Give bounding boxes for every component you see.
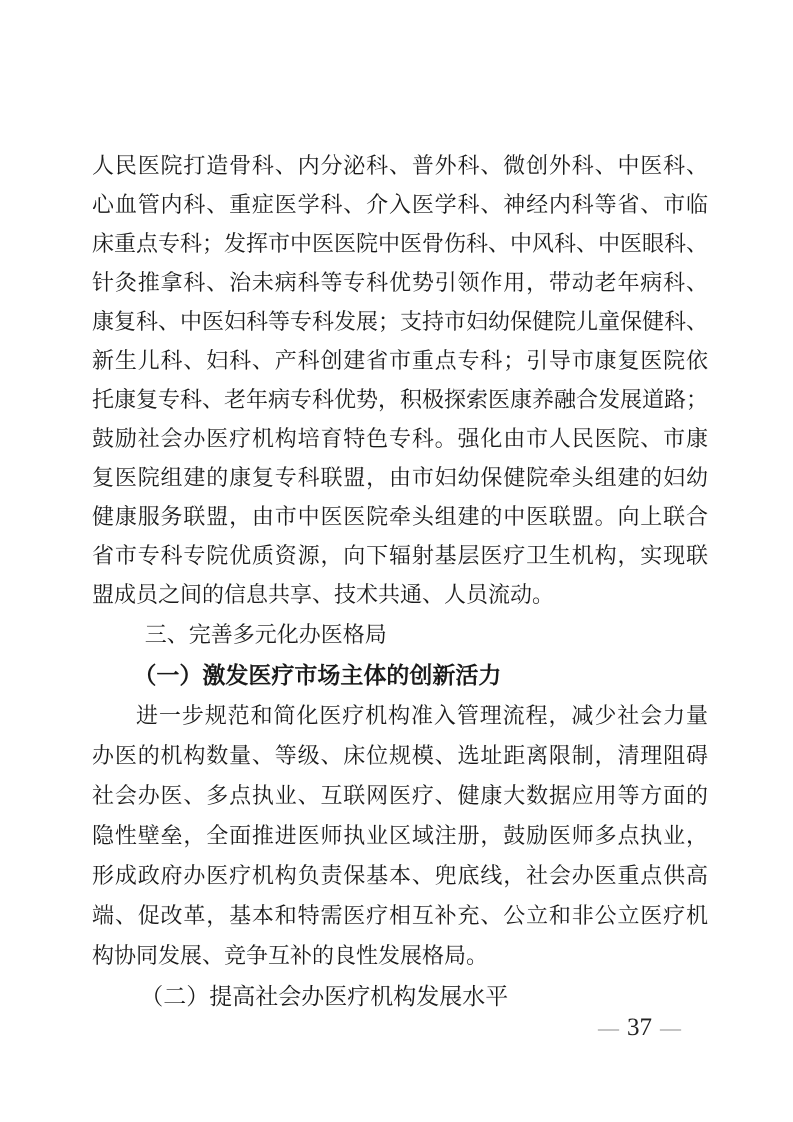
text-line: 隐性壁垒，全面推进医师执业区域注册，鼓励医师多点执业， xyxy=(92,816,708,856)
section-heading-three: 三、完善多元化办医格局 xyxy=(92,614,708,655)
text-line: 盟成员之间的信息共享、技术共通、人员流动。 xyxy=(92,575,708,614)
text-line: 针灸推拿科、治未病科等专科优势引领作用，带动老年病科、 xyxy=(92,263,708,302)
text-line: 端、促改革，基本和特需医疗相互补充、公立和非公立医疗机 xyxy=(92,896,708,936)
text-line: 健康服务联盟，由市中医医院牵头组建的中医联盟。向上联合 xyxy=(92,497,708,536)
text-line: 新生儿科、妇科、产科创建省市重点专科；引导市康复医院依 xyxy=(92,341,708,380)
text-line: 办医的机构数量、等级、床位规模、选址距离限制，清理阻碍 xyxy=(92,736,708,776)
text-line: 人民医院打造骨科、内分泌科、普外科、微创外科、中医科、 xyxy=(92,146,708,185)
paragraph-market-vitality: 进一步规范和简化医疗机构准入管理流程，减少社会力量办医的机构数量、等级、床位规模… xyxy=(92,696,708,976)
text-line: 省市专科专院优质资源，向下辐射基层医疗卫生机构，实现联 xyxy=(92,536,708,575)
text-line: 托康复专科、老年病专科优势，积极探索医康养融合发展道路； xyxy=(92,380,708,419)
paragraph-specialty-alliances: 人民医院打造骨科、内分泌科、普外科、微创外科、中医科、心血管内科、重症医学科、介… xyxy=(92,146,708,614)
subsection-heading-one: （一）激发医疗市场主体的创新活力 xyxy=(92,655,708,696)
footer-dash-right: — xyxy=(660,1012,681,1044)
text-line: 构协同发展、竞争互补的良性发展格局。 xyxy=(92,936,708,976)
text-line: 复医院组建的康复专科联盟，由市妇幼保健院牵头组建的妇幼 xyxy=(92,458,708,497)
text-line: 心血管内科、重症医学科、介入医学科、神经内科等省、市临 xyxy=(92,185,708,224)
page-number: 37 xyxy=(627,1012,652,1044)
text-line: 康复科、中医妇科等专科发展；支持市妇幼保健院儿童保健科、 xyxy=(92,302,708,341)
document-page: 人民医院打造骨科、内分泌科、普外科、微创外科、中医科、心血管内科、重症医学科、介… xyxy=(0,0,793,1122)
page-content: 人民医院打造骨科、内分泌科、普外科、微创外科、中医科、心血管内科、重症医学科、介… xyxy=(92,146,708,1017)
text-line: 鼓励社会办医疗机构培育特色专科。强化由市人民医院、市康 xyxy=(92,419,708,458)
subsection-heading-two: （二）提高社会办医疗机构发展水平 xyxy=(92,976,708,1017)
text-line: 形成政府办医疗机构负责保基本、兜底线，社会办医重点供高 xyxy=(92,856,708,896)
text-line: 床重点专科；发挥市中医医院中医骨伤科、中风科、中医眼科、 xyxy=(92,224,708,263)
footer-dash-left: — xyxy=(598,1012,619,1044)
text-line: 社会办医、多点执业、互联网医疗、健康大数据应用等方面的 xyxy=(92,776,708,816)
text-line: 进一步规范和简化医疗机构准入管理流程，减少社会力量 xyxy=(92,696,708,736)
page-footer: — 37 — xyxy=(598,1012,681,1044)
